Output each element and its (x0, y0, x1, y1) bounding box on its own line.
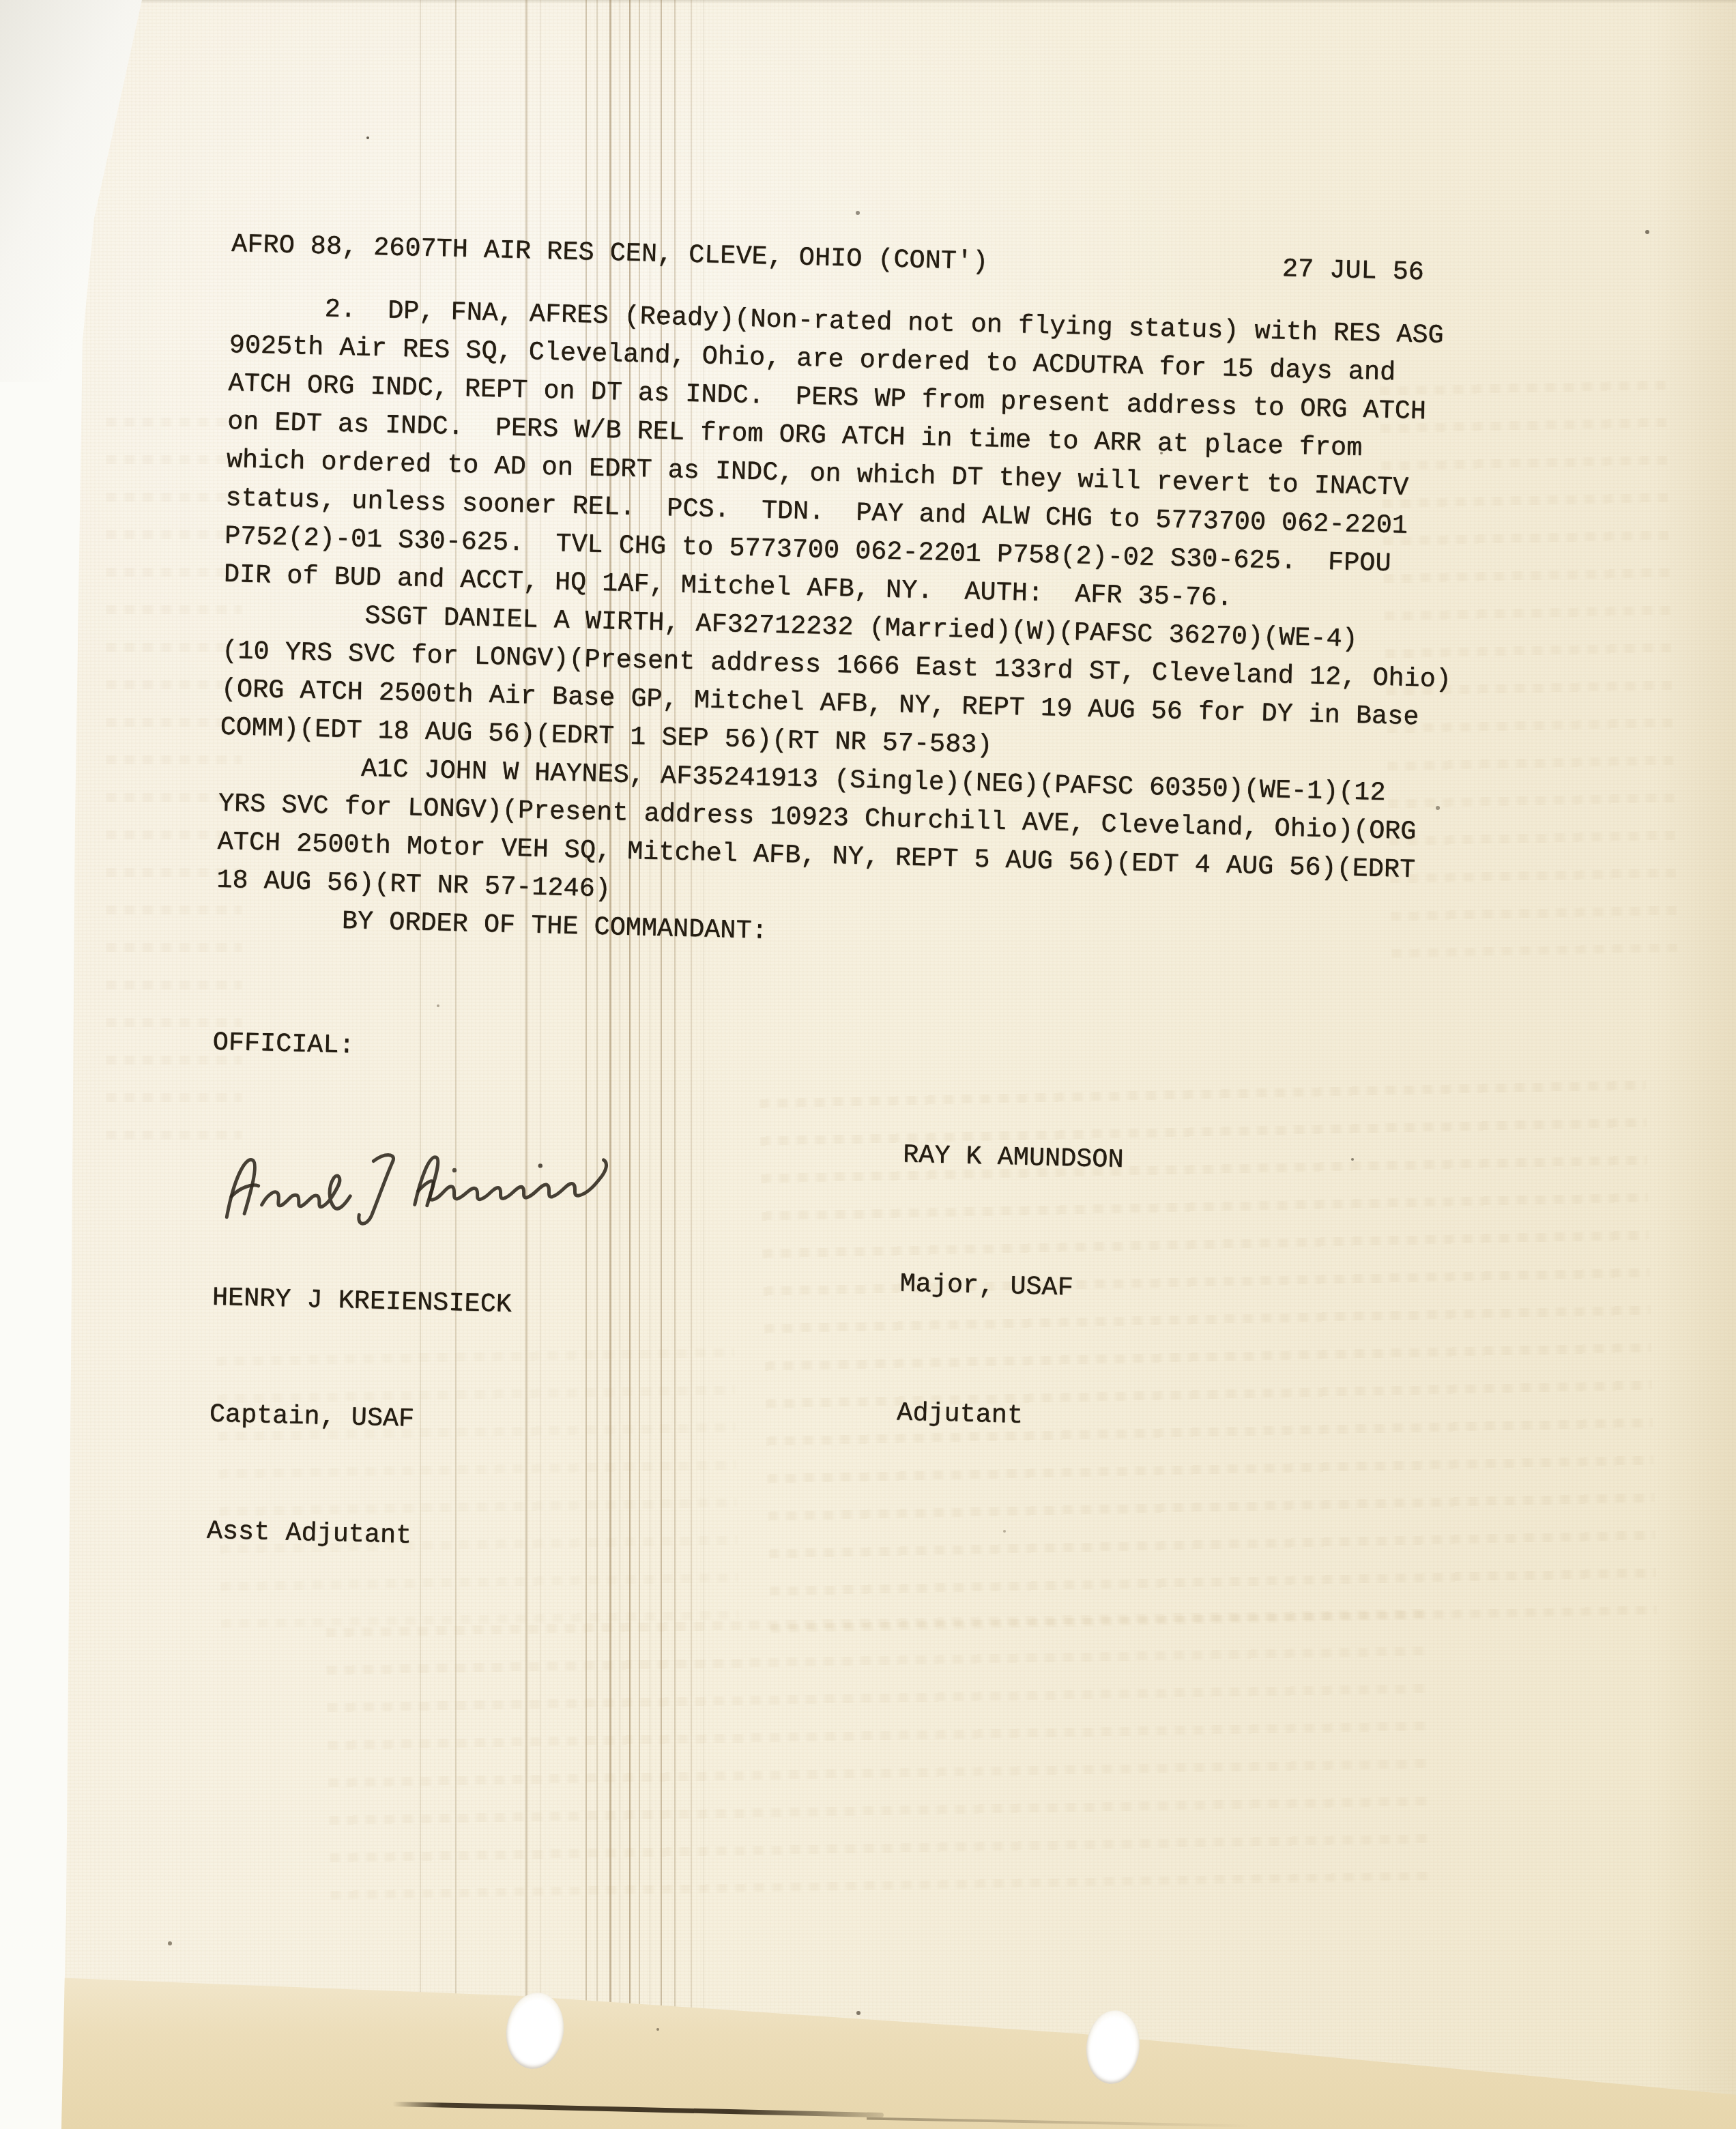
scanned-document-page: { "document": { "header": { "org_line": … (0, 0, 1736, 2129)
official-label: OFFICIAL: (212, 1024, 355, 1065)
ink-specks (366, 136, 369, 139)
typed-content: AFRO 88, 2607TH AIR RES CEN, CLEVE, OHIO… (204, 225, 1603, 1431)
attesting-officer-title: Asst Adjutant (206, 1512, 506, 1558)
attesting-officer-name: HENRY J KREIENSIECK (212, 1279, 512, 1324)
attesting-officer-rank: Captain, USAF (209, 1395, 509, 1441)
signing-officer-rank: Major, USAF (899, 1262, 1121, 1311)
paper-top-edge (136, 0, 1736, 3)
attesting-officer-block: HENRY J KREIENSIECK Captain, USAF Asst A… (205, 1201, 515, 1636)
signing-officer-block: RAY K AMUNDSON Major, USAF Adjutant (895, 1048, 1127, 1526)
order-body-paragraph: 2. DP, FNA, AFRES (Ready)(Non-rated not … (216, 288, 1460, 928)
signing-officer-name: RAY K AMUNDSON (902, 1134, 1124, 1183)
order-date: 27 JUL 56 (1282, 250, 1424, 291)
paper-right-edge-tint (1654, 0, 1736, 2129)
paper-sheet: AFRO 88, 2607TH AIR RES CEN, CLEVE, OHIO… (0, 0, 1736, 2129)
signing-officer-title: Adjutant (897, 1391, 1118, 1440)
